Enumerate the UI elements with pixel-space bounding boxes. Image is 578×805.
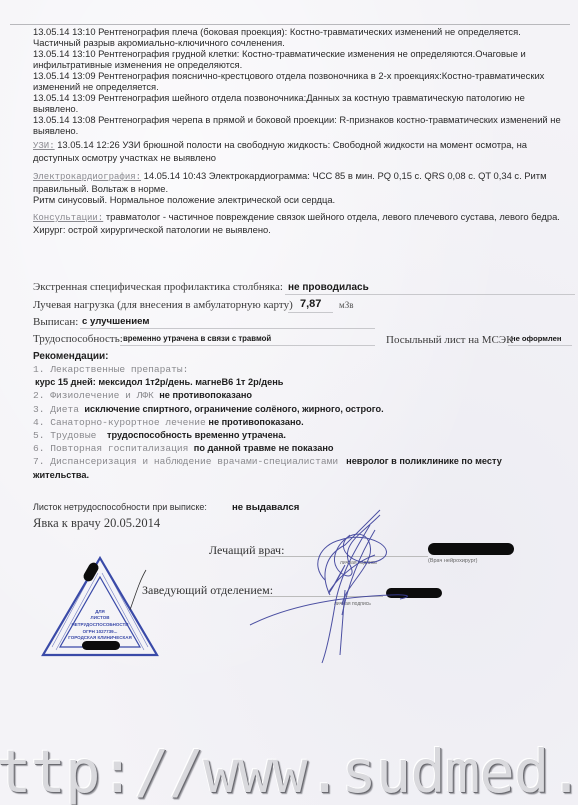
ecg-label: Электрокардиография:: [33, 172, 141, 182]
xray-line: инфильтративные изменения не определяютс…: [33, 59, 563, 70]
rec-item: 2. Физиолечение и ЛФК не противопоказано: [33, 389, 563, 402]
visit-date: Явка к врачу 20.05.2014: [33, 516, 160, 531]
signature-scribble-icon: [230, 505, 430, 665]
discharged-label: Выписан:: [33, 316, 78, 328]
uzi-text: доступных осмотру участках не выявлено: [33, 152, 563, 163]
stamp-pointer-line: [128, 568, 148, 613]
radiation-unit: мЗв: [339, 300, 353, 310]
msek-value: не оформлен: [511, 334, 561, 343]
ecg-text: правильный. Вольтаж в норме.: [33, 183, 563, 194]
attending-name-redaction: [428, 543, 514, 555]
msek-underline: [508, 345, 572, 346]
xray-line: 13.05.14 13:10 Рентгенография грудной кл…: [33, 48, 563, 59]
xray-line: изменений не определяется.: [33, 81, 563, 92]
xray-line: 13.05.14 13:09 Рентгенография пояснично-…: [33, 70, 563, 81]
rec-item: 7. Диспансеризация и наблюдение врачами-…: [33, 455, 563, 468]
tetanus-value: не проводилась: [288, 282, 369, 293]
xray-line: 13.05.14 13:08 Рентгенография черепа в п…: [33, 114, 563, 125]
uzi-text: 13.05.14 12:26 УЗИ брюшной полости на св…: [55, 139, 527, 150]
xray-line: 13.05.14 13:10 Рентгенография плеча (бок…: [33, 26, 563, 37]
discharged-underline: [80, 328, 375, 329]
ecg-text: Ритм синусовый. Нормальное положение эле…: [33, 194, 563, 205]
workability-value: временно утрачена в связи с травмой: [123, 334, 271, 343]
rec-item: 6. Повторная госпитализация по данной тр…: [33, 442, 563, 455]
tetanus-label: Экстренная специфическая профилактика ст…: [33, 281, 283, 293]
stamp-line: ДЛЯ: [95, 609, 105, 614]
radiation-value: 7,87: [300, 298, 321, 310]
rec-item: 1. Лекарственные препараты:: [33, 364, 563, 376]
ecg-text: 14.05.14 10:43 Электрокардиограмма: ЧСС …: [141, 170, 547, 181]
consult-text: травматолог - частичное повреждение связ…: [103, 211, 560, 222]
uzi-section: УЗИ: 13.05.14 12:26 УЗИ брюшной полости …: [33, 139, 563, 163]
tetanus-underline: [285, 294, 575, 295]
stamp-line: ГОРОДСКАЯ КЛИНИЧЕСКАЯ: [68, 635, 132, 640]
rec-item: жительства.: [33, 469, 563, 482]
discharged-value: с улучшением: [82, 316, 149, 327]
attending-role: (Врач нейрохирург): [428, 558, 478, 564]
recommendations-title: Рекомендации:: [33, 351, 109, 362]
xray-line: 13.05.14 13:09 Рентгенография шейного от…: [33, 92, 563, 103]
stamp-redaction: [82, 641, 120, 650]
rec-item: 5. Трудовые трудоспособность временно ут…: [33, 429, 563, 442]
xray-line: Частичный разрыв акромиально-ключичного …: [33, 37, 563, 48]
watermark-url: ttp://www.sudmed.ru: [0, 737, 578, 805]
radiation-label: Лучевая нагрузка (для внесения в амбулат…: [33, 299, 293, 311]
xray-line: выявлено.: [33, 125, 563, 136]
workability-underline: [120, 345, 375, 346]
recommendations-list: 1. Лекарственные препараты: курс 15 дней…: [33, 364, 563, 482]
xray-line: выявлено.: [33, 103, 563, 114]
msek-label: Посыльный лист на МСЭК: [386, 334, 513, 346]
sick-leave-label: Листок нетрудоспособности при выписке:: [33, 502, 207, 513]
rec-item: курс 15 дней: мексидол 1т2р/день. магнеВ…: [33, 376, 563, 389]
ecg-section: Электрокардиография: 14.05.14 10:43 Элек…: [33, 170, 563, 205]
consult-label: Консультации:: [33, 213, 103, 223]
rec-item: 3. Диета исключение спиртного, ограничен…: [33, 403, 563, 416]
stamp-line: НЕТРУДОСПОСОБНОСТИ: [72, 622, 129, 627]
consult-text: Хирург: острой хирургической патологии н…: [33, 224, 563, 235]
uzi-label: УЗИ:: [33, 141, 55, 151]
rec-item: 4. Санаторно-курортное лечение не против…: [33, 416, 563, 429]
stamp-line: ЛИСТОВ: [91, 615, 111, 620]
stamp-line: ОГРН 1027739...: [83, 629, 118, 634]
top-rule: [10, 24, 570, 25]
radiation-underline: [288, 312, 333, 313]
workability-label: Трудоспособность:: [33, 333, 123, 345]
consult-section: Консультации: травматолог - частичное по…: [33, 211, 563, 235]
xray-section: 13.05.14 13:10 Рентгенография плеча (бок…: [33, 26, 563, 136]
